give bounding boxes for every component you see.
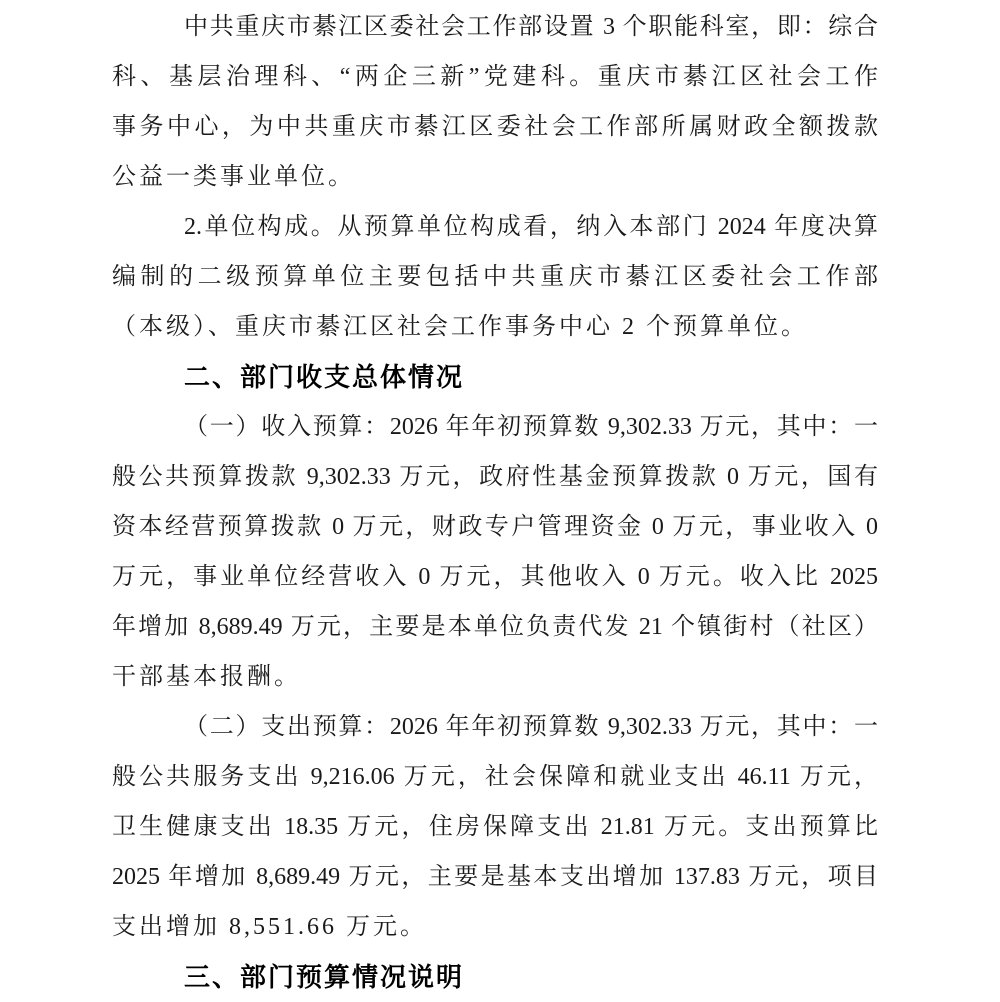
paragraph-line: 年增加 8,689.49 万元，主要是本单位负责代发 21 个镇街村（社区） xyxy=(112,602,878,652)
paragraph-line: 资本经营预算拨款 0 万元，财政专户管理资金 0 万元，事业收入 0 xyxy=(112,502,878,552)
paragraph-line: 事务中心，为中共重庆市綦江区委社会工作部所属财政全额拨款 xyxy=(112,102,878,152)
paragraph-line: 支出增加 8,551.66 万元。 xyxy=(112,902,878,952)
paragraph-line: 万元，事业单位经营收入 0 万元，其他收入 0 万元。收入比 2025 xyxy=(112,552,878,602)
document-page: 中共重庆市綦江区委社会工作部设置 3 个职能科室，即：综合 科、基层治理科、“两… xyxy=(0,0,1000,1002)
paragraph-line: 2025 年增加 8,689.49 万元，主要是基本支出增加 137.83 万元… xyxy=(112,852,878,902)
paragraph-line: 公益一类事业单位。 xyxy=(112,152,878,202)
paragraph-line: （一）收入预算：2026 年年初预算数 9,302.33 万元，其中：一 xyxy=(112,402,878,452)
paragraph-line: 般公共预算拨款 9,302.33 万元，政府性基金预算拨款 0 万元，国有 xyxy=(112,452,878,502)
paragraph-line: 2.单位构成。从预算单位构成看，纳入本部门 2024 年度决算 xyxy=(112,202,878,252)
section-heading-budget-explanation: 三、部门预算情况说明 xyxy=(112,952,878,1002)
section-heading-revenue-expenditure-overview: 二、部门收支总体情况 xyxy=(112,352,878,402)
paragraph-line: 编制的二级预算单位主要包括中共重庆市綦江区委社会工作部 xyxy=(112,252,878,302)
paragraph-line: 科、基层治理科、“两企三新”党建科。重庆市綦江区社会工作 xyxy=(112,52,878,102)
paragraph-unit-composition: 2.单位构成。从预算单位构成看，纳入本部门 2024 年度决算 编制的二级预算单… xyxy=(112,202,878,352)
paragraph-expenditure-budget: （二）支出预算：2026 年年初预算数 9,302.33 万元，其中：一 般公共… xyxy=(112,702,878,952)
paragraph-line: （二）支出预算：2026 年年初预算数 9,302.33 万元，其中：一 xyxy=(112,702,878,752)
paragraph-line: 中共重庆市綦江区委社会工作部设置 3 个职能科室，即：综合 xyxy=(112,2,878,52)
paragraph-org-structure: 中共重庆市綦江区委社会工作部设置 3 个职能科室，即：综合 科、基层治理科、“两… xyxy=(112,2,878,202)
paragraph-line: 卫生健康支出 18.35 万元，住房保障支出 21.81 万元。支出预算比 xyxy=(112,802,878,852)
paragraph-income-budget: （一）收入预算：2026 年年初预算数 9,302.33 万元，其中：一 般公共… xyxy=(112,402,878,702)
paragraph-line: 干部基本报酬。 xyxy=(112,652,878,702)
paragraph-line: 般公共服务支出 9,216.06 万元，社会保障和就业支出 46.11 万元， xyxy=(112,752,878,802)
paragraph-line: （本级）、重庆市綦江区社会工作事务中心 2 个预算单位。 xyxy=(112,302,878,352)
